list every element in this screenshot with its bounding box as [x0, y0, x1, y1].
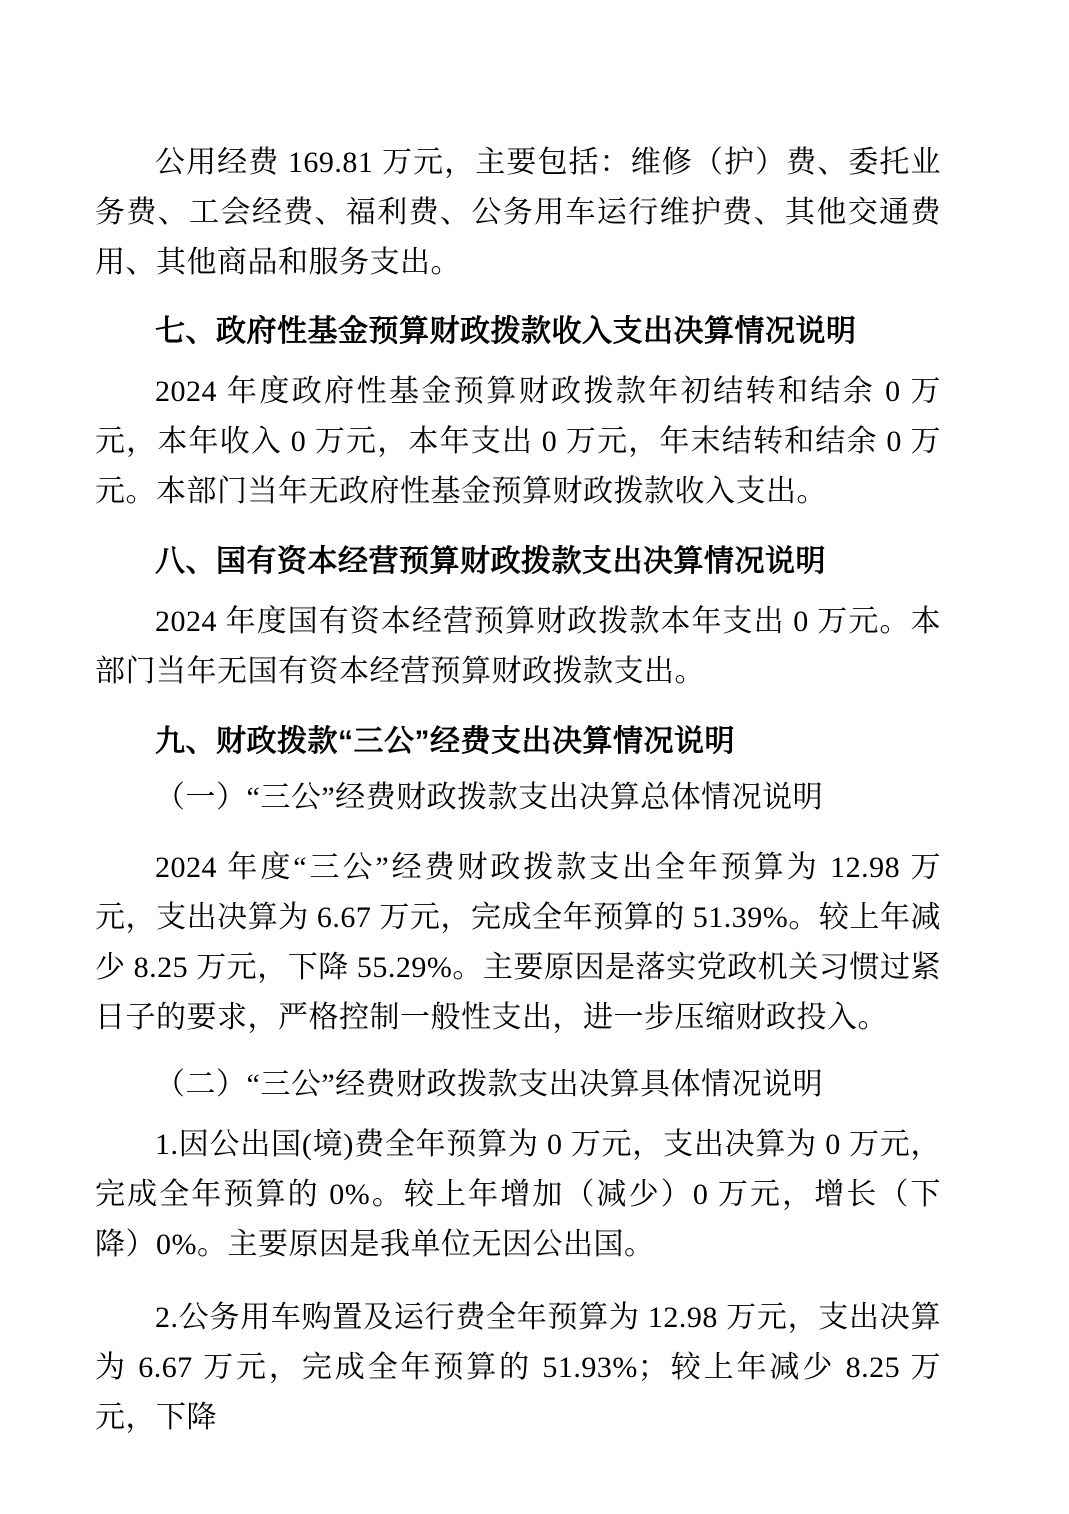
paragraph-official-vehicle-expense: 2.公务用车购置及运行费全年预算为 12.98 万元，支出决算为 6.67 万元…	[95, 1293, 941, 1443]
sub-heading-1-overall-situation: （一）“三公”经费财政拨款支出决算总体情况说明	[95, 773, 941, 823]
heading-section-7-government-fund-budget: 七、政府性基金预算财政拨款收入支出决算情况说明	[95, 307, 941, 357]
document-page: 公用经费 169.81 万元，主要包括：维修（护）费、委托业务费、工会经费、福利…	[0, 0, 1069, 1514]
heading-section-8-state-capital-budget: 八、国有资本经营预算财政拨款支出决算情况说明	[95, 537, 941, 587]
paragraph-public-expense-breakdown: 公用经费 169.81 万元，主要包括：维修（护）费、委托业务费、工会经费、福利…	[95, 138, 941, 288]
sub-heading-2-specific-situation: （二）“三公”经费财政拨款支出决算具体情况说明	[95, 1060, 941, 1110]
paragraph-three-public-overall-details: 2024 年度“三公”经费财政拨款支出全年预算为 12.98 万元，支出决算为 …	[95, 843, 941, 1043]
paragraph-overseas-travel-expense: 1.因公出国(境)费全年预算为 0 万元，支出决算为 0 万元，完成全年预算的 …	[95, 1120, 941, 1270]
paragraph-state-capital-budget-details: 2024 年度国有资本经营预算财政拨款本年支出 0 万元。本部门当年无国有资本经…	[95, 597, 941, 697]
paragraph-government-fund-budget-details: 2024 年度政府性基金预算财政拨款年初结转和结余 0 万元，本年收入 0 万元…	[95, 367, 941, 517]
heading-section-9-three-public-expenses: 九、财政拨款“三公”经费支出决算情况说明	[95, 717, 941, 767]
